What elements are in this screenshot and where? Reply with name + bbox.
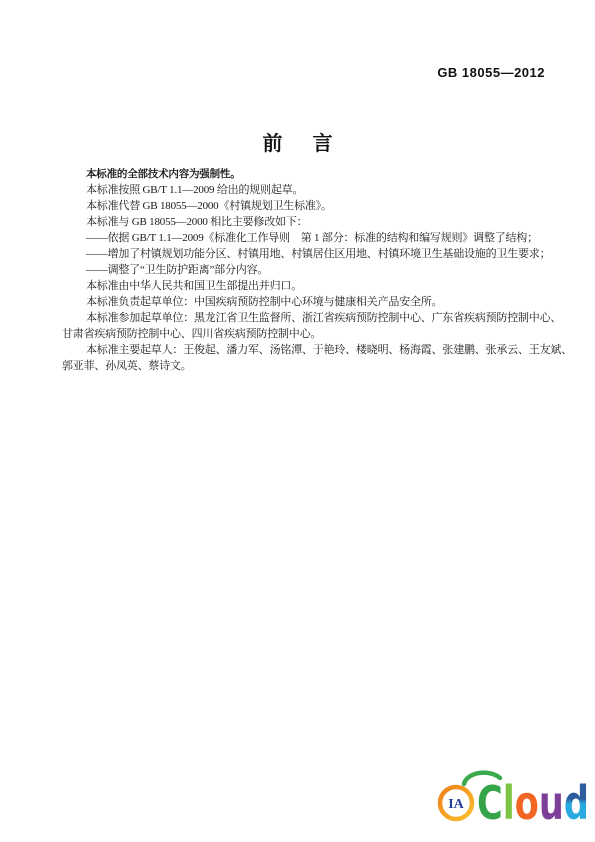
logo-letter: C [477, 776, 503, 824]
foreword-line: 本标准参加起草单位：黑龙江省卫生监督所、浙江省疾病预防控制中心、广东省疾病预防控… [62, 310, 565, 326]
standard-number: GB 18055—2012 [437, 65, 545, 80]
page-title: 前言 [0, 127, 595, 156]
foreword-line: 本标准代替 GB 18055—2000《村镇规划卫生标准》。 [62, 198, 565, 214]
cloud-wordmark: Cloud [477, 776, 589, 824]
logo-letter: u [539, 776, 564, 824]
foreword-line: ——增加了村镇规划功能分区、村镇用地、村镇居住区用地、村镇环境卫生基础设施的卫生… [62, 246, 565, 262]
document-page: GB 18055—2012 前言 本标准的全部技术内容为强制性。本标准按照 GB… [0, 0, 595, 842]
foreword-line: 本标准按照 GB/T 1.1—2009 给出的规则起草。 [62, 182, 565, 198]
foreword-line: 本标准主要起草人：王俊起、潘力军、汤铭潭、于艳玲、楼晓明、杨海霞、张建鹏、张承云… [62, 342, 565, 358]
foreword-line: 本标准与 GB 18055—2000 相比主要修改如下： [62, 214, 565, 230]
cloud-logo-graphic: IA Cloud [433, 764, 591, 824]
logo-letter: o [515, 776, 539, 824]
logo-letter: d [564, 776, 589, 824]
foreword-line: ——调整了“卫生防护距离”部分内容。 [62, 262, 565, 278]
logo-letter: l [503, 776, 515, 824]
badge-text: IA [448, 797, 464, 812]
foreword-line: ——依据 GB/T 1.1—2009《标准化工作导则 第 1 部分：标准的结构和… [62, 230, 565, 246]
cloud-logo: IA Cloud [433, 764, 591, 824]
foreword-line: 本标准负责起草单位：中国疾病预防控制中心环境与健康相关产品安全所。 [62, 294, 565, 310]
foreword-line: 甘肃省疾病预防控制中心、四川省疾病预防控制中心。 [62, 326, 565, 342]
foreword-line: 郭亚菲、孙凤英、蔡诗文。 [62, 358, 565, 374]
foreword-line: 本标准的全部技术内容为强制性。 [62, 166, 565, 182]
foreword-lines: 本标准的全部技术内容为强制性。本标准按照 GB/T 1.1—2009 给出的规则… [62, 166, 565, 374]
foreword-line: 本标准由中华人民共和国卫生部提出并归口。 [62, 278, 565, 294]
